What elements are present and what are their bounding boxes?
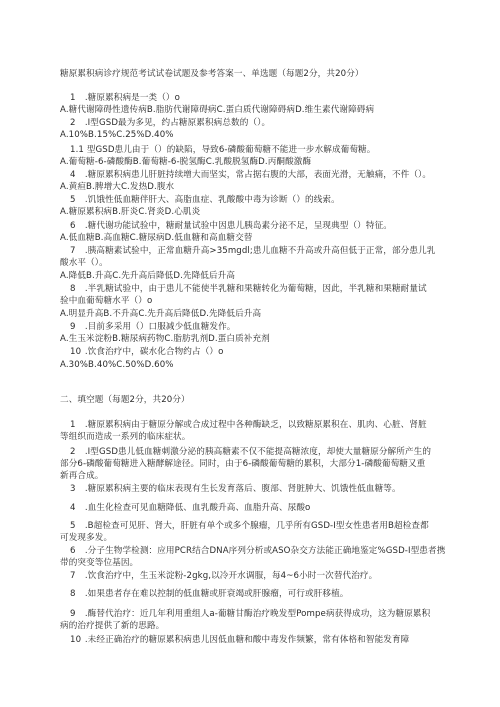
fill-9: 9 .酶替代治疗：近几年利用重组人a-葡糖甘酶治疗晚发型Pompe病获得成功，这… (60, 609, 452, 620)
fill-2-continuation: 部分6-磷酸葡萄糖进入糖酵解途径。同时，由于6-磷酸葡萄糖的累积，大部分1-磷酸… (60, 459, 442, 470)
fill-3: 3 .糖原累积病主要的临床表现有生长发育落后、腹部、肾脏肿大、饥饿性低血糖等。 (60, 484, 452, 495)
question-5-options: A.糖原累积病B.肝炎C.肾炎D.心肌炎 (60, 207, 442, 218)
question-1: 1 .糖原累积病是一类（）o (60, 93, 452, 104)
question-10: 10 .饮食治疗中，碳水化合物约占（）o (60, 347, 452, 358)
question-4-options: A.黄疸B.脾增大C.发热D.腹水 (60, 182, 442, 193)
fill-2: 2 .I型GSD患儿低血糖刺激分泌的胰高糖素不仅不能提高糖浓度，却使大量糖原分解… (60, 447, 452, 458)
question-7: 7 .胰高糖素试验中，正常血糖升高>35mgdl;患儿血糖不升高或升高但低于正常… (60, 246, 452, 257)
question-8: 8 .半乳糖试验中，由于患儿不能使半乳糖和果糖转化为葡萄糖，因此，半乳糖和果糖耐… (60, 284, 452, 295)
fill-1: 1 .糖原累积病由于糖原分解或合成过程中各种酶缺乏，以致糖原累积在、肌肉、心脏、… (60, 420, 452, 431)
fill-2-continuation-2: 新再合成。 (60, 471, 442, 482)
fill-5: 5 .B超检查可见肝、肾大，肝脏有单个或多个腺瘤，几乎所有GSD-I型女性患者用… (60, 521, 452, 532)
question-9-options: A.生玉米淀粉B.糖尿病药物C.脂肪乳剂D.蛋白质补充剂 (60, 334, 442, 345)
question-3: 1.1 型GSD患儿由于（）的缺陷，导致6-磷酸葡萄糖不能进一步水解成葡萄糖。 (60, 145, 452, 156)
fill-4: 4 .血生化检查可见血糖降低、血乳酸升高、血脂升高、尿酸o (60, 503, 452, 514)
question-8-options: A.明显升高B.不升高C.先升高后降低D.先降低后升高 (60, 309, 442, 320)
question-2: 2 .I型GSD最为多见，约占糖原累积病总数的（）。 (60, 118, 452, 129)
fill-5-continuation: 可发现多发。 (60, 533, 442, 544)
question-7-continuation: 酸水平（）。 (60, 258, 442, 269)
fill-7: 7 .饮食治疗中，生玉米淀粉-2gkg,以冷开水调服，每4~6小时一次替代治疗。 (60, 571, 452, 582)
question-7-options: A.降低B.升高C.先升高后降低D.先降低后升高 (60, 271, 442, 282)
question-1-options: A.糖代谢障碍性遗传病B.脂肪代谢障碍病C.蛋白质代谢障碍病D.维生素代谢障碍病 (60, 105, 442, 116)
fill-10: 10 .未经正确治疗的糖原累积病患儿因低血糖和酸中毒发作频繁，常有体格和智能发育… (60, 635, 452, 646)
question-3-options: A.葡萄糖-6-磷酸酶B.葡萄糖-6-脱氢酶C.乳酸脱氢酶D.丙酮酸激酶 (60, 157, 442, 168)
question-10-options: A.30%B.40%C.50%D.60% (60, 360, 442, 371)
document-title: 糖原累积病诊疗规范考试试卷试题及参考答案一、单选题（每题2分，共20分） (60, 69, 442, 80)
question-6-options: A.低血糖B.高血糖C.糖尿病D.低血糖和高血糖交替 (60, 233, 442, 244)
fill-1-continuation: 等组织而造成一系列的临床症状。 (60, 432, 442, 443)
fill-6-continuation: 带的突变等位基因。 (60, 558, 442, 569)
fill-8: 8 .如果患者存在难以控制的低血糖或肝衰竭或肝腺瘤，可行或肝移植。 (60, 589, 452, 600)
question-2-options: A.10%B.15%C.25%D.40% (60, 130, 442, 141)
fill-6: 6 .分子生物学检测：应用PCR结合DNA序列分析或ASO杂交方法能正确地鉴定%… (60, 546, 452, 557)
question-5: 5 .饥饿性低血糖伴肝大、高脂血症、乳酸酸中毒为诊断（）的线索。 (60, 195, 452, 206)
section-2-heading: 二、填空题（每题2分，共20分） (60, 395, 442, 406)
fill-9-continuation: 病的治疗提供了新的思路。 (60, 621, 442, 632)
question-4: 4 .糖原累积病患儿肝脏持续增大而坚实，常占据右腹的大部，表面光滑，无触痛，不件… (60, 170, 452, 181)
question-6: 6 .糖代谢功能试验中，糖耐量试验中因患儿胰岛素分泌不足，呈现典型（）特征。 (60, 221, 452, 232)
question-9: 9 .目前多采用（）口服减少低血糖发作。 (60, 322, 452, 333)
question-8-continuation: 验中血葡萄糖水平（）o (60, 296, 442, 307)
document-page: 糖原累积病诊疗规范考试试卷试题及参考答案一、单选题（每题2分，共20分） 1 .… (0, 0, 500, 707)
